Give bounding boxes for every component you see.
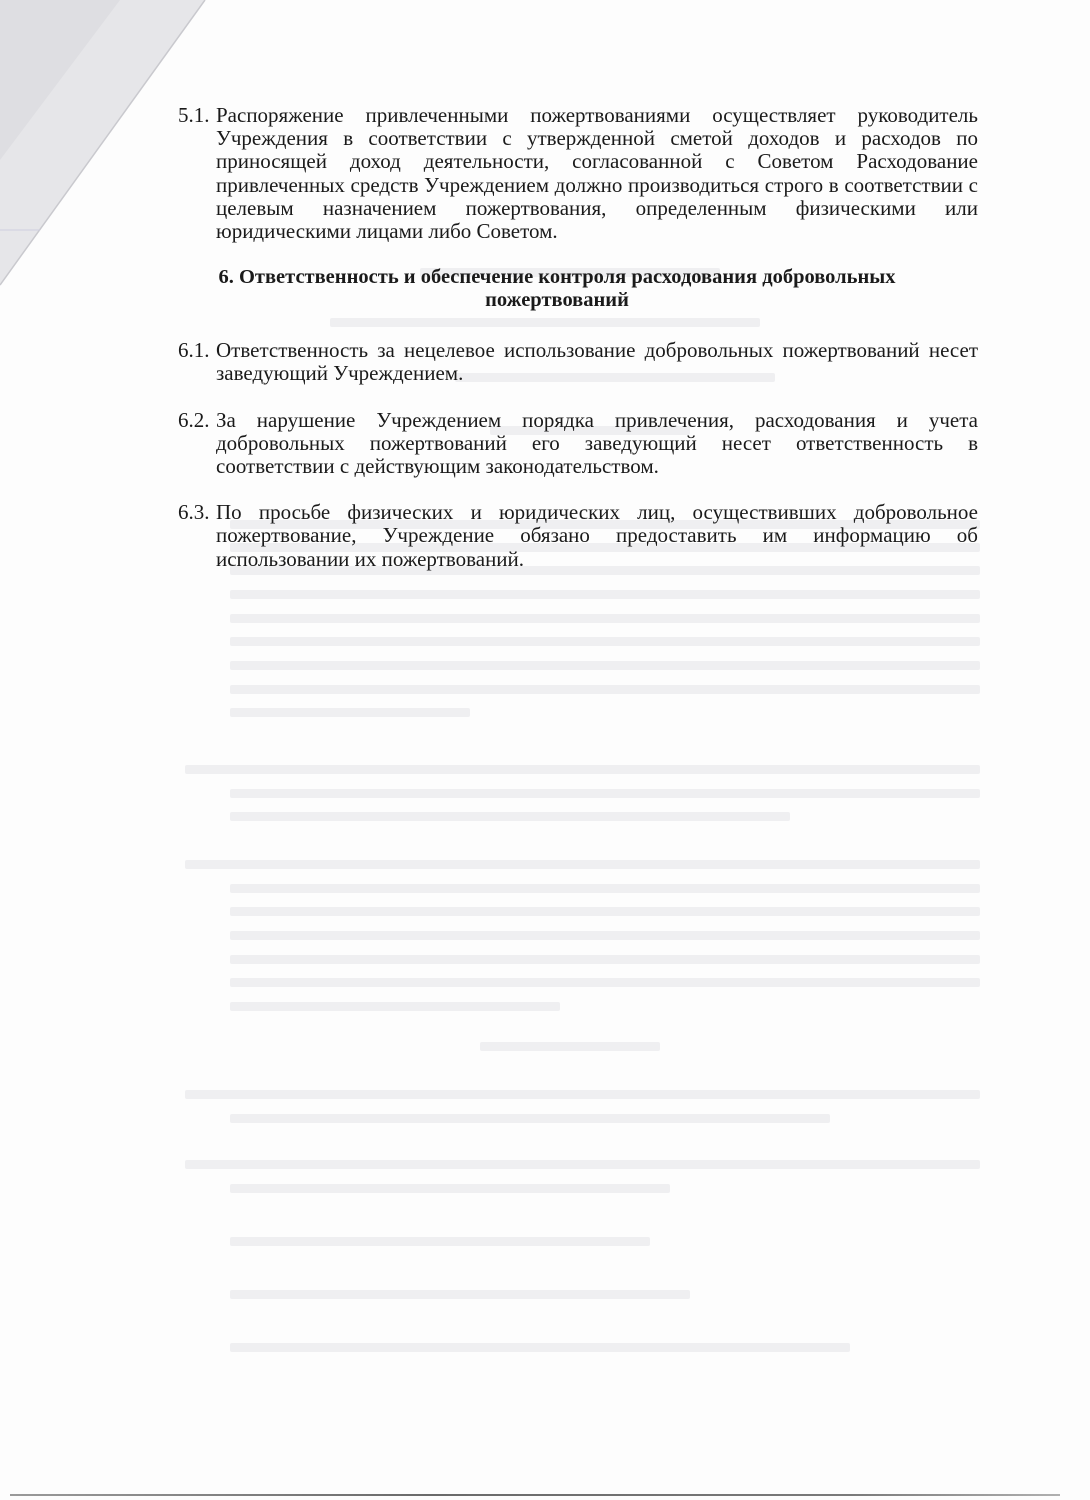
clause-text: Ответственность за нецелевое использован… xyxy=(216,339,978,385)
section-5: 5.1. Распоряжение привлеченными пожертво… xyxy=(178,104,978,243)
clause-6-1: 6.1. Ответственность за нецелевое исполь… xyxy=(178,339,978,385)
clause-6-2: 6.2. За нарушение Учреждением порядка пр… xyxy=(178,409,978,479)
clause-text: Распоряжение привлеченными пожертвования… xyxy=(216,104,978,243)
clause-text: По просьбе физических и юридических лиц,… xyxy=(216,501,978,571)
clause-text: За нарушение Учреждением порядка привлеч… xyxy=(216,409,978,479)
page-bottom-edge xyxy=(10,1494,1060,1496)
clause-number: 6.1. xyxy=(178,339,216,385)
clause-number: 5.1. xyxy=(178,104,216,243)
clause-number: 6.2. xyxy=(178,409,216,479)
section-heading: 6. Ответственность и обеспечение контрол… xyxy=(178,266,978,312)
clause-5-1: 5.1. Распоряжение привлеченными пожертво… xyxy=(178,104,978,243)
document-body: 5.1. Распоряжение привлеченными пожертво… xyxy=(178,104,978,594)
clause-6-3: 6.3. По просьбе физических и юридических… xyxy=(178,501,978,571)
section-6: 6. Ответственность и обеспечение контрол… xyxy=(178,266,978,571)
clause-number: 6.3. xyxy=(178,501,216,571)
